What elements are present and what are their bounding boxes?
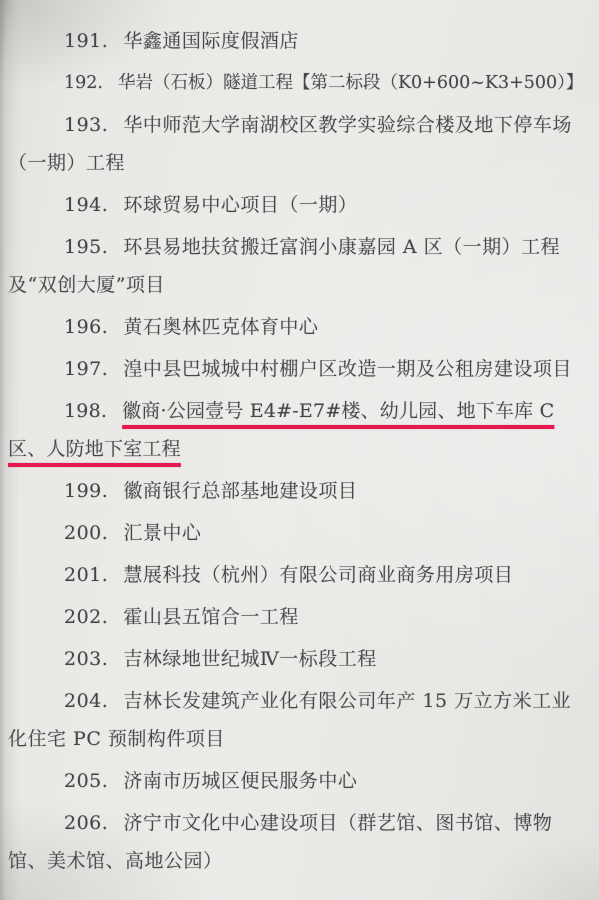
item-text: 湟中县巴城城中村棚户区改造一期及公租房建设项目: [123, 358, 572, 380]
list-item: 206.济宁市文化中心建设项目（群艺馆、图书馆、博物馆、美术馆、高地公园）: [8, 804, 589, 880]
list-item: 198.徽商·公园壹号 E4#-E7#楼、幼儿园、地下车库 C 区、人防地下室工…: [8, 392, 589, 468]
item-text: 汇景中心: [123, 522, 201, 544]
item-text: 吉林绿地世纪城Ⅳ一标段工程: [123, 648, 376, 670]
item-number: 204.: [64, 690, 123, 712]
list-item: 201.慧展科技（杭州）有限公司商业商务用房项目: [8, 556, 589, 594]
item-number: 197.: [64, 358, 123, 380]
list-item: 195.环县易地扶贫搬迁富润小康嘉园 A 区（一期）工程及“双创大厦”项目: [8, 228, 589, 304]
list-item: 191.华鑫通国际度假酒店: [8, 22, 589, 60]
item-number: 202.: [64, 606, 123, 628]
project-list: 191.华鑫通国际度假酒店192.华岩（石板）隧道工程【第二标段（K0+600~…: [8, 22, 589, 880]
list-item: 193.华中师范大学南湖校区教学实验综合楼及地下停车场（一期）工程: [8, 106, 589, 182]
item-number: 191.: [64, 30, 123, 52]
list-item: 199.徽商银行总部基地建设项目: [8, 472, 589, 510]
item-text: 黄石奥林匹克体育中心: [123, 316, 318, 338]
item-number: 201.: [64, 564, 123, 586]
list-item: 204.吉林长发建筑产业化有限公司年产 15 万立方米工业化住宅 PC 预制构件…: [8, 682, 589, 758]
item-number: 205.: [64, 770, 123, 792]
item-number: 195.: [64, 236, 123, 258]
item-text: 环球贸易中心项目（一期）: [123, 194, 357, 216]
item-number: 193.: [64, 114, 123, 136]
item-text: 霍山县五馆合一工程: [123, 606, 299, 628]
item-text: 慧展科技（杭州）有限公司商业商务用房项目: [123, 564, 513, 586]
list-item: 196.黄石奥林匹克体育中心: [8, 308, 589, 346]
item-text: 华岩（石板）隧道工程【第二标段（K0+600~K3+500）】: [118, 73, 583, 93]
item-text: 济南市历城区便民服务中心: [123, 770, 357, 792]
list-item: 194.环球贸易中心项目（一期）: [8, 186, 589, 224]
list-item: 192.华岩（石板）隧道工程【第二标段（K0+600~K3+500）】: [8, 64, 589, 102]
list-item: 205.济南市历城区便民服务中心: [8, 762, 589, 800]
list-item: 200.汇景中心: [8, 514, 589, 552]
item-number: 203.: [64, 648, 123, 670]
item-number: 192.: [64, 73, 118, 93]
list-item: 203.吉林绿地世纪城Ⅳ一标段工程: [8, 640, 589, 678]
list-item: 197.湟中县巴城城中村棚户区改造一期及公租房建设项目: [8, 350, 589, 388]
item-number: 199.: [64, 480, 123, 502]
item-number: 200.: [64, 522, 123, 544]
item-number: 206.: [64, 812, 123, 834]
item-number: 198.: [64, 400, 122, 422]
item-text: 华鑫通国际度假酒店: [123, 30, 299, 52]
list-item: 202.霍山县五馆合一工程: [8, 598, 589, 636]
document-page: 191.华鑫通国际度假酒店192.华岩（石板）隧道工程【第二标段（K0+600~…: [8, 22, 589, 884]
item-number: 196.: [64, 316, 123, 338]
item-text: 徽商银行总部基地建设项目: [123, 480, 357, 502]
item-number: 194.: [64, 194, 123, 216]
